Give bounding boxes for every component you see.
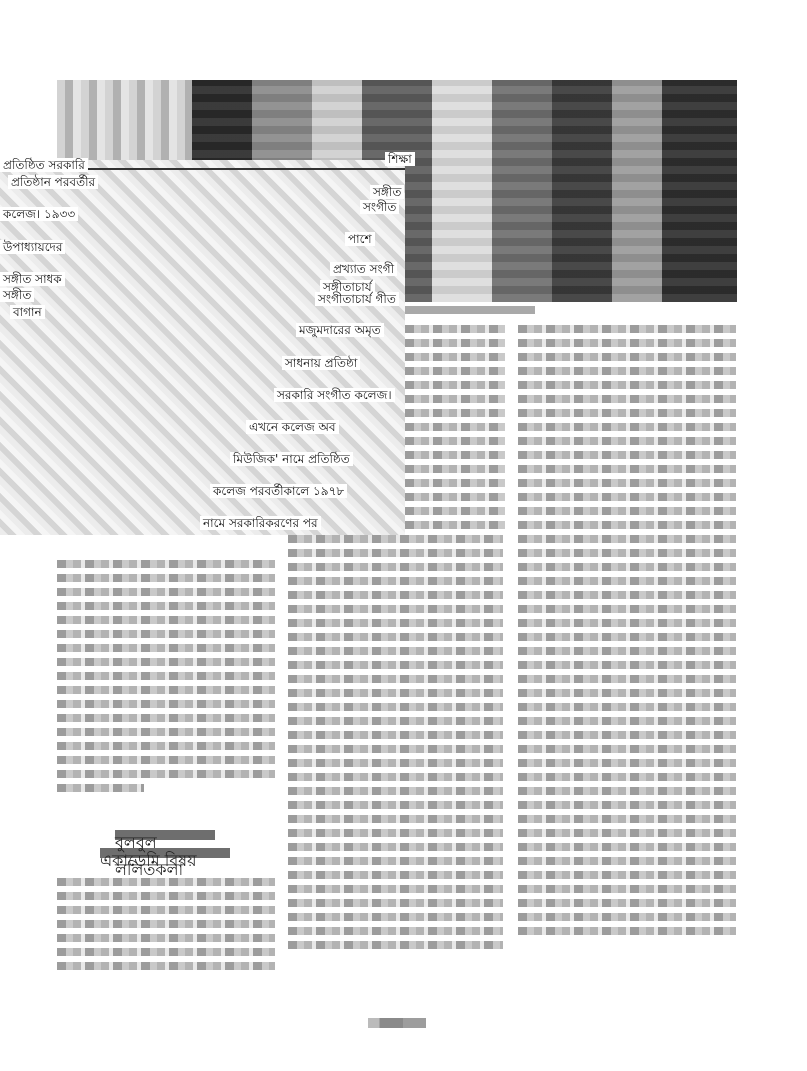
headline-fragment: প্রতিষ্ঠিত সরকারি: [0, 158, 88, 172]
page-number: [368, 1018, 426, 1028]
photo-caption: [395, 306, 535, 314]
column-3: [518, 325, 736, 941]
center-fragment: মিউজিক' নামে প্রতিষ্ঠিত: [230, 452, 353, 466]
center-fragment: সঙ্গীত: [370, 185, 404, 199]
center-fragment: সংগীতাচার্য গীত: [315, 292, 399, 306]
center-fragment: নামে সরকারিকরণের পর: [200, 516, 321, 530]
column-2: [288, 535, 503, 955]
headline-fragment: প্রতিষ্ঠান পরবর্তীর: [8, 175, 98, 189]
center-fragment: প্রখ্যাত সংগী: [330, 262, 397, 276]
headline-fragment: বাগান: [10, 305, 45, 319]
column-1-lower: [57, 878, 275, 976]
center-fragment: শিক্ষা: [385, 152, 415, 166]
center-fragment: কলেজ পরবর্তীকালে ১৯৭৮: [210, 484, 347, 498]
center-fragment: সরকারি সংগীত কলেজ।: [274, 388, 395, 402]
photo-left: [57, 80, 192, 160]
subheading-line: বুলবুল ললিতকলা: [115, 830, 215, 840]
newspaper-page: প্রতিষ্ঠিত সরকারি প্রতিষ্ঠান পরবর্তীর কল…: [0, 0, 807, 1071]
subheading-line: একাডেমি বিষয়: [100, 848, 230, 858]
center-fragment: সংগীত: [360, 200, 399, 214]
center-fragment: সাধনায় প্রতিষ্ঠা: [282, 356, 360, 370]
headline-fragment: কলেজ। ১৯৩৩: [0, 207, 78, 221]
center-fragment: মজুমদারের অমৃত: [296, 323, 384, 337]
headline-fragment: সঙ্গীত সাধক: [0, 272, 65, 286]
column-1: [57, 560, 275, 798]
center-fragment: এখনে কলেজ অব: [246, 420, 339, 434]
subheading: বুলবুল ললিতকলা একাডেমি বিষয়: [95, 830, 235, 866]
column-2-upper: [405, 325, 505, 535]
headline-fragment: সঙ্গীত: [0, 288, 34, 302]
headline-fragment: উপাধ্যায়দের: [0, 240, 65, 254]
center-fragment: পাশে: [345, 232, 375, 246]
